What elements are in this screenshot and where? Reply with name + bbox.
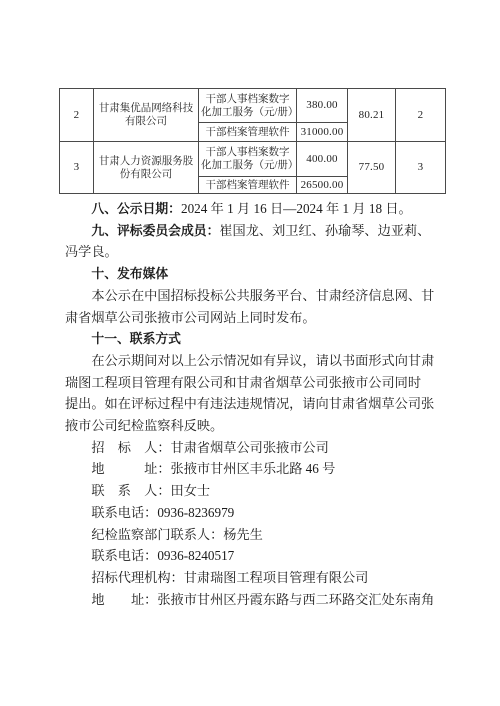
- document-page: 2 甘肃集优品网络科技有限公司 干部人事档案数字化加工服务（元/册） 380.0…: [0, 0, 500, 706]
- cell-item-price: 26500.00: [297, 177, 348, 194]
- contact-paragraph-line1: 在公示期间对以上公示情况如有异议，请以书面形式向甘肃: [65, 350, 443, 372]
- document-body: 八、公示日期：2024 年 1 月 16 日—2024 年 1 月 18 日。 …: [65, 198, 443, 610]
- media-paragraph-line1: 本公示在中国招标投标公共服务平台、甘肃经济信息网、甘: [65, 285, 443, 307]
- cell-score: 77.50: [348, 142, 396, 194]
- cell-item-price: 380.00: [297, 89, 348, 123]
- cell-item-name: 干部人事档案数字化加工服务（元/册）: [199, 89, 297, 123]
- committee-members-line1: 崔国龙、刘卫红、孙瑜琴、边亚莉、: [219, 223, 430, 238]
- cell-item-name: 干部档案管理软件: [199, 123, 297, 142]
- section-publicity-date: 八、公示日期：2024 年 1 月 16 日—2024 年 1 月 18 日。: [65, 198, 443, 220]
- bid-evaluation-table: 2 甘肃集优品网络科技有限公司 干部人事档案数字化加工服务（元/册） 380.0…: [59, 88, 446, 194]
- committee-members-line2: 冯学良。: [65, 241, 443, 263]
- contact-paragraph-line4: 掖市公司纪检监察科反映。: [65, 415, 443, 437]
- cell-seq: 2: [60, 89, 94, 142]
- cell-bidder-name: 甘肃集优品网络科技有限公司: [94, 89, 199, 142]
- contact-paragraph-line2: 瑞图工程项目管理有限公司和甘肃省烟草公司张掖市公司同时: [65, 372, 443, 394]
- section-committee: 九、评标委员会成员：崔国龙、刘卫红、孙瑜琴、边亚莉、: [65, 220, 443, 242]
- tenderer-address-line: 地 址：张掖市甘州区丰乐北路 46 号: [65, 458, 443, 480]
- cell-seq: 3: [60, 142, 94, 194]
- table-row: 2 甘肃集优品网络科技有限公司 干部人事档案数字化加工服务（元/册） 380.0…: [60, 89, 446, 123]
- cell-bidder-name: 甘肃人力资源服务股份有限公司: [94, 142, 199, 194]
- section-heading: 八、公示日期：: [91, 201, 181, 216]
- contact-paragraph-line3: 提出。如在评标过程中有违法违规情况，请向甘肃省烟草公司张: [65, 393, 443, 415]
- cell-score: 80.21: [348, 89, 396, 142]
- section-heading: 九、评标委员会成员：: [91, 223, 219, 238]
- section-media-heading: 十、发布媒体: [65, 263, 443, 285]
- publicity-date-text: 2024 年 1 月 16 日—2024 年 1 月 18 日。: [181, 201, 412, 216]
- discipline-phone-line: 联系电话：0936-8240517: [65, 545, 443, 567]
- cell-item-name: 干部档案管理软件: [199, 177, 297, 194]
- phone-line: 联系电话：0936-8236979: [65, 502, 443, 524]
- media-paragraph-line2: 肃省烟草公司张掖市公司网站上同时发布。: [65, 307, 443, 329]
- cell-rank: 3: [396, 142, 446, 194]
- cell-rank: 2: [396, 89, 446, 142]
- table-row: 3 甘肃人力资源服务股份有限公司 干部人事档案数字化加工服务（元/册） 400.…: [60, 142, 446, 177]
- cell-item-price: 400.00: [297, 142, 348, 177]
- agency-line: 招标代理机构：甘肃瑞图工程项目管理有限公司: [65, 567, 443, 589]
- discipline-contact-line: 纪检监察部门联系人：杨先生: [65, 524, 443, 546]
- contact-person-line: 联 系 人：田女士: [65, 480, 443, 502]
- agency-address-line: 地 址：张掖市甘州区丹霞东路与西二环路交汇处东南角: [65, 589, 443, 611]
- bid-evaluation-table-wrap: 2 甘肃集优品网络科技有限公司 干部人事档案数字化加工服务（元/册） 380.0…: [59, 88, 446, 194]
- tenderer-line: 招 标 人：甘肃省烟草公司张掖市公司: [65, 437, 443, 459]
- cell-item-name: 干部人事档案数字化加工服务（元/册）: [199, 142, 297, 177]
- cell-item-price: 31000.00: [297, 123, 348, 142]
- section-contact-heading: 十一、联系方式: [65, 328, 443, 350]
